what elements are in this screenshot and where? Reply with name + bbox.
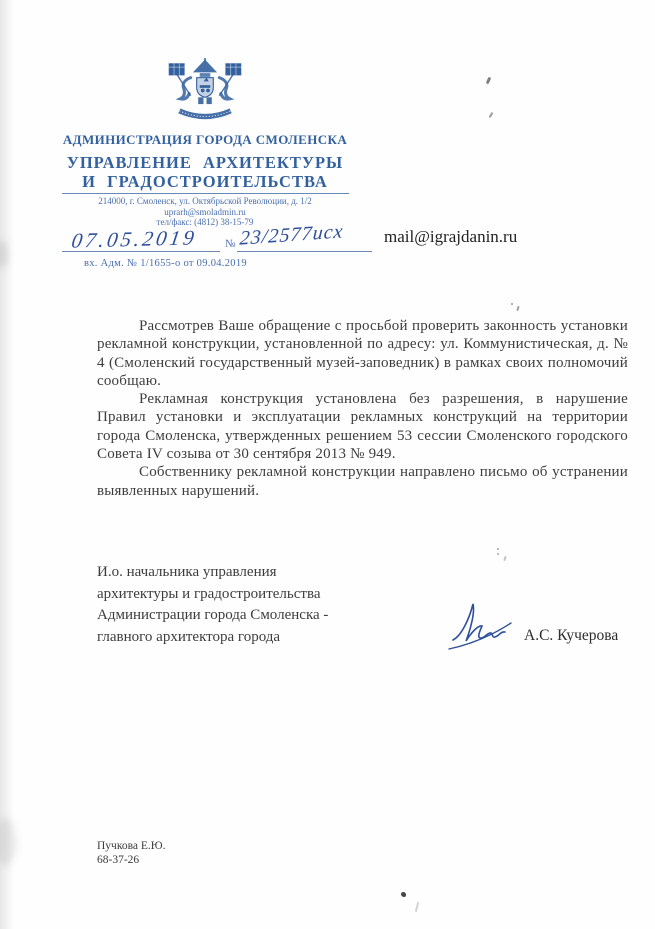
signer-position-line: главного архитектора города <box>97 627 328 649</box>
letter-body: Рассмотрев Ваше обращение с просьбой про… <box>97 317 628 500</box>
date-underline <box>62 251 220 252</box>
signer-name: А.С. Кучерова <box>524 627 618 645</box>
signer-position-block: И.о. начальника управления архитектуры и… <box>97 562 328 649</box>
sender-email: uprarh@smoladmin.ru <box>0 207 410 218</box>
scan-artifact <box>503 556 507 561</box>
number-underline <box>237 251 372 252</box>
recipient-email: mail@igrajdanin.ru <box>384 227 517 247</box>
scanned-letter-page: АДМИНИСТРАЦИЯ ГОРОДА СМОЛЕНСКА УПРАВЛЕНИ… <box>0 0 655 929</box>
signer-position-line: И.о. начальника управления <box>97 562 328 584</box>
letterhead: АДМИНИСТРАЦИЯ ГОРОДА СМОЛЕНСКА УПРАВЛЕНИ… <box>0 58 410 190</box>
department-name-line1: УПРАВЛЕНИЕ АРХИТЕКТУРЫ <box>0 154 410 172</box>
scan-artifact <box>511 303 513 305</box>
organization-name: АДМИНИСТРАЦИЯ ГОРОДА СМОЛЕНСКА <box>0 132 410 148</box>
scan-artifact <box>497 548 499 550</box>
paragraph: Рекламная конструкция установлена без ра… <box>97 390 628 463</box>
smolensk-coat-of-arms-emblem <box>165 58 245 126</box>
scan-artifact <box>516 306 519 311</box>
scan-artifact <box>486 77 492 85</box>
signer-position-line: Администрации города Смоленска - <box>97 605 328 627</box>
scan-artifact <box>401 892 406 897</box>
right-flag <box>225 63 241 75</box>
executor-name: Пучкова Е.Ю. <box>97 839 165 853</box>
paragraph: Рассмотрев Ваше обращение с просьбой про… <box>97 317 628 390</box>
handwritten-date: 07.05.2019 <box>70 225 199 253</box>
paragraph: Собственнику рекламной конструкции напра… <box>97 463 628 500</box>
incoming-registration-stamp: вх. Адм. № 1/1655-о от 09.04.2019 <box>84 258 247 269</box>
executor-phone: 68-37-26 <box>97 853 165 867</box>
left-flag <box>169 63 185 75</box>
executor-block: Пучкова Е.Ю. 68-37-26 <box>97 839 165 867</box>
scan-smudge <box>0 818 16 866</box>
department-name-line2: И ГРАДОСТРОИТЕЛЬСТВА <box>0 173 410 191</box>
signer-position-line: архитектуры и градостроительства <box>97 584 328 606</box>
contact-block: 214000, г. Смоленск, ул. Октябрьской Рев… <box>0 196 410 228</box>
scan-artifact <box>497 553 499 555</box>
handwritten-signature <box>447 596 519 654</box>
scan-artifact <box>415 902 419 912</box>
phone-fax: тел/факс: (4812) 38-15-79 <box>0 217 410 228</box>
scan-artifact <box>489 112 494 118</box>
scan-smudge <box>0 240 8 268</box>
letterhead-divider <box>62 193 349 194</box>
number-sign-label: № <box>225 238 236 250</box>
postal-address: 214000, г. Смоленск, ул. Октябрьской Рев… <box>0 196 410 207</box>
